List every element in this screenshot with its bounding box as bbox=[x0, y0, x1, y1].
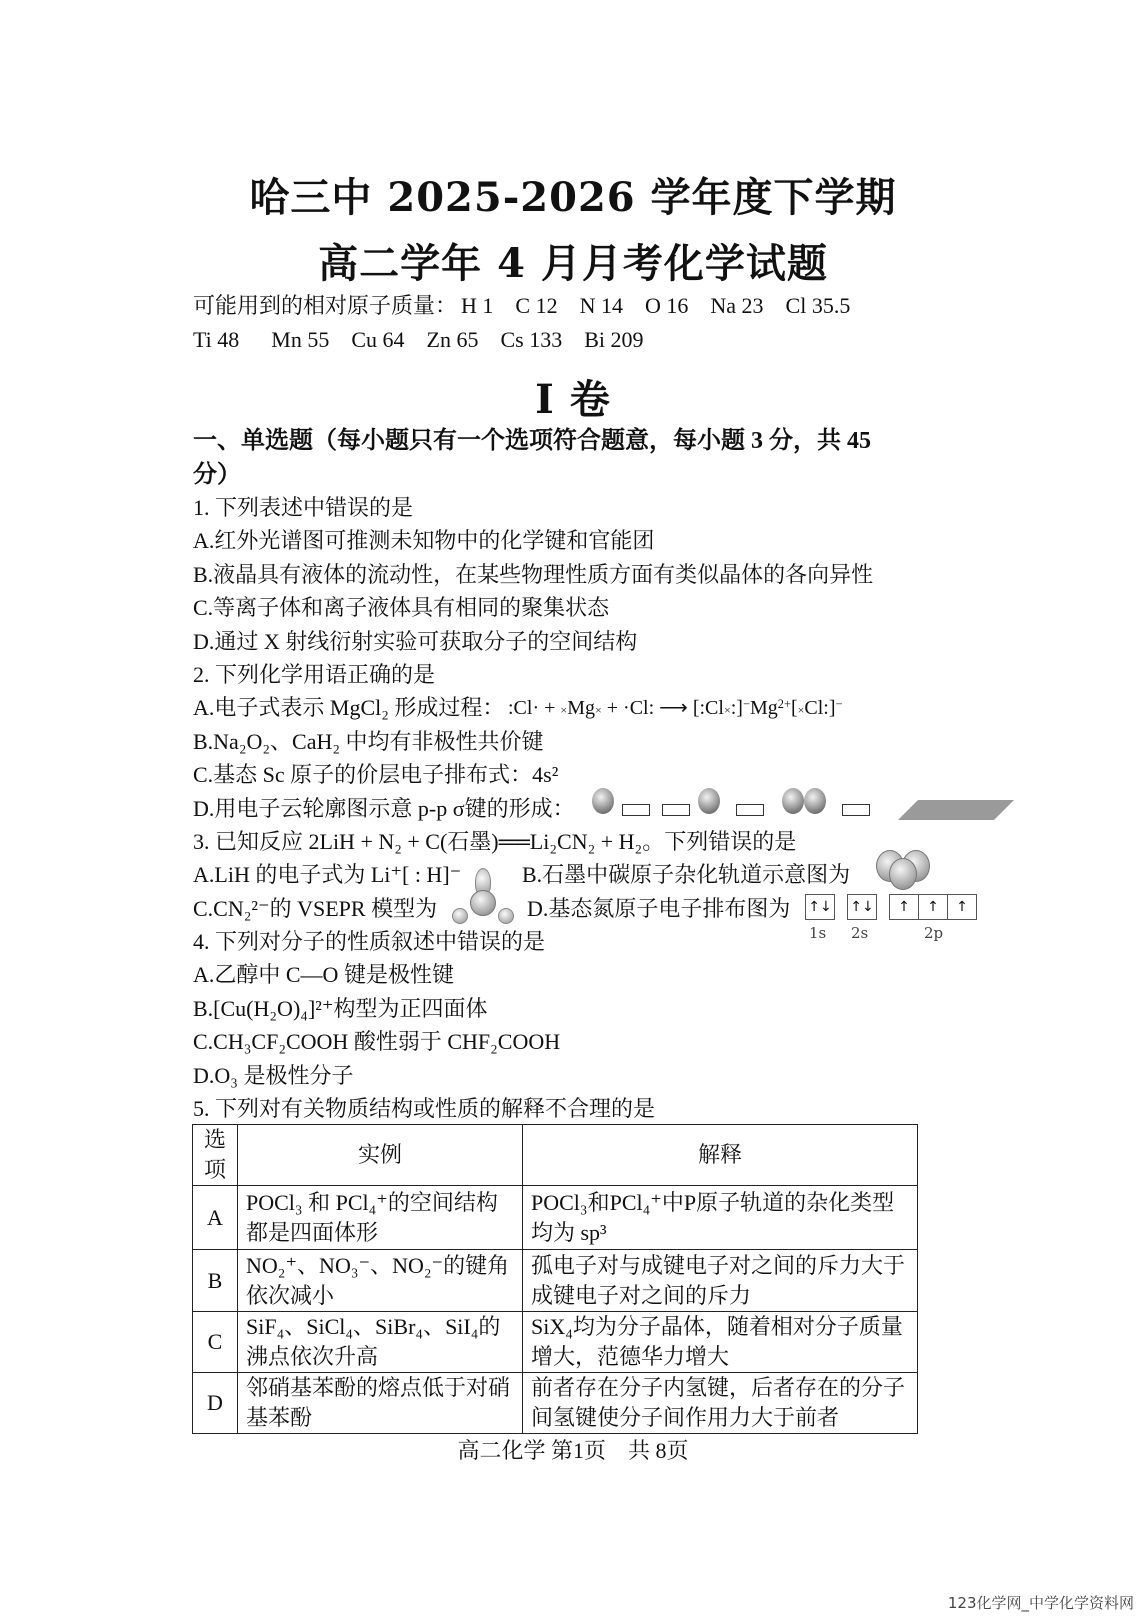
q1-option-b: B.液晶具有液体的流动性，在某些物理性质方面有类似晶体的各向异性 bbox=[193, 559, 873, 591]
q2-option-c: C.基态 Sc 原子的价层电子排布式：4s² bbox=[193, 759, 558, 791]
q1-stem: 1. 下列表述中错误的是 bbox=[193, 492, 413, 524]
atomic-masses-row1: 可能用到的相对原子质量：H 1C 12N 14O 16Na 23Cl 35.5 bbox=[193, 290, 872, 322]
q1-option-c: C.等离子体和离子液体具有相同的聚集状态 bbox=[193, 592, 609, 624]
orbital-box-2p: ↑ bbox=[948, 894, 977, 920]
q3-stem: 3. 已知反应 2LiH + N₂ + C(石墨)══Li₂CN₂ + H₂。下… bbox=[193, 826, 796, 858]
mass-item: N 14 bbox=[580, 290, 623, 322]
row-option: B bbox=[193, 1250, 238, 1312]
exam-title-line2: 高二学年 4 月月考化学试题 bbox=[0, 232, 1146, 289]
p-orbital-icon bbox=[592, 788, 614, 814]
overlap-orbital-icon bbox=[782, 788, 804, 814]
q4-option-c: C.CH₃CF₂COOH 酸性弱于 CHF₂COOH bbox=[193, 1026, 560, 1058]
section-heading-line1: 一、单选题（每小题只有一个选项符合题意，每小题 3 分，共 45 bbox=[193, 424, 871, 458]
row-example: POCl₃ 和 PCl₄⁺的空间结构都是四面体形 bbox=[238, 1186, 523, 1250]
mgcl2-electron-dot-diagram: :Cl· + ×Mg× + ·Cl: ⟶ [:Cl×:]−Mg2+[×Cl:]− bbox=[508, 692, 843, 726]
q1-option-a: A.红外光谱图可推测未知物中的化学键和官能团 bbox=[193, 525, 654, 557]
q2-option-a: A.电子式表示 MgCl₂ 形成过程： bbox=[193, 692, 504, 724]
mass-item: Mn 55 bbox=[271, 324, 329, 356]
row-example: NO₂⁺、NO₃⁻、NO₂⁻的键角依次减小 bbox=[238, 1250, 523, 1312]
atomic-masses-row2: Ti 48Mn 55Cu 64Zn 65Cs 133Bi 209 bbox=[193, 324, 666, 356]
arrow-right-icon bbox=[842, 804, 870, 816]
orbital-box-2p: ↑ bbox=[889, 894, 919, 920]
q4-option-b: B.[Cu(H₂O)₄]²⁺构型为正四面体 bbox=[193, 993, 487, 1025]
orbital-box-2p: ↑ bbox=[919, 894, 948, 920]
row-explanation: SiX₄均为分子晶体，随着相对分子质量增大，范德华力增大 bbox=[523, 1312, 918, 1373]
table-row: C SiF₄、SiCl₄、SiBr₄、SiI₄的沸点依次升高 SiX₄均为分子晶… bbox=[193, 1312, 918, 1373]
q4-stem: 4. 下列对分子的性质叙述中错误的是 bbox=[193, 926, 545, 958]
q1-option-d: D.通过 X 射线衍射实验可获取分子的空间结构 bbox=[193, 626, 637, 658]
table-row: D 邻硝基苯酚的熔点低于对硝基苯酚 前者存在分子内氢键，后者存在的分子间氢键使分… bbox=[193, 1373, 918, 1434]
mass-item: Zn 65 bbox=[427, 324, 479, 356]
bond-plane-icon bbox=[898, 800, 1014, 820]
q4-option-d: D.O₃ 是极性分子 bbox=[193, 1060, 353, 1092]
q3-option-a: A.LiH 的电子式为 Li⁺[ : H]⁻ bbox=[193, 859, 461, 891]
q3-option-d: D.基态氮原子电子排布图为 bbox=[527, 893, 790, 925]
mass-item: Ti 48 bbox=[193, 324, 239, 356]
nitrogen-orbital-diagram: ↑↓ ↑↓ ↑↑↑ bbox=[805, 894, 977, 920]
volume-title: I 卷 bbox=[0, 368, 1146, 425]
q2-stem: 2. 下列化学用语正确的是 bbox=[193, 659, 435, 691]
row-option: C bbox=[193, 1312, 238, 1373]
q2-option-a-label: A.电子式表示 MgCl₂ 形成过程： bbox=[193, 695, 504, 720]
mass-item: Cu 64 bbox=[351, 324, 404, 356]
mass-item: H 1 bbox=[461, 290, 493, 322]
table-row: A POCl₃ 和 PCl₄⁺的空间结构都是四面体形 POCl₃和PCl₄⁺中P… bbox=[193, 1186, 918, 1250]
table-header-row: 选项 实例 解释 bbox=[193, 1125, 918, 1186]
header-option: 选项 bbox=[193, 1125, 238, 1186]
arrow-right-icon bbox=[736, 804, 764, 816]
q2-option-b: B.Na₂O₂、CaH₂ 中均有非极性共价键 bbox=[193, 726, 544, 758]
row-explanation: POCl₃和PCl₄⁺中P原子轨道的杂化类型均为 sp³ bbox=[523, 1186, 918, 1250]
overlap-orbital-icon bbox=[804, 788, 826, 814]
orbital-label-2s: 2s bbox=[851, 924, 868, 942]
q3-option-c: C.CN₂²⁻的 VSEPR 模型为 bbox=[193, 893, 437, 925]
row-explanation: 孤电子对与成键电子对之间的斥力大于成键电子对之间的斥力 bbox=[523, 1250, 918, 1312]
mass-item: Cl 35.5 bbox=[786, 290, 851, 322]
header-example: 实例 bbox=[238, 1125, 523, 1186]
header-explanation: 解释 bbox=[523, 1125, 918, 1186]
vsepr-model-icon bbox=[448, 868, 518, 922]
orbital-label-2p: 2p bbox=[924, 924, 943, 942]
q2-option-d: D.用电子云轮廓图示意 p-p σ键的形成： bbox=[193, 793, 575, 825]
mass-item: C 12 bbox=[515, 290, 557, 322]
row-example: SiF₄、SiCl₄、SiBr₄、SiI₄的沸点依次升高 bbox=[238, 1312, 523, 1373]
orbital-label-1s: 1s bbox=[809, 924, 826, 942]
mass-item: Cs 133 bbox=[500, 324, 562, 356]
section-heading-line2: 分） bbox=[193, 458, 241, 492]
table-row: B NO₂⁺、NO₃⁻、NO₂⁻的键角依次减小 孤电子对与成键电子对之间的斥力大… bbox=[193, 1250, 918, 1312]
watermark: 123化学网_中学化学资料网 bbox=[948, 1592, 1134, 1613]
mass-item: O 16 bbox=[645, 290, 688, 322]
q5-table: 选项 实例 解释 A POCl₃ 和 PCl₄⁺的空间结构都是四面体形 POCl… bbox=[192, 1124, 918, 1434]
page-footer: 高二化学 第1页 共 8页 bbox=[0, 1434, 1146, 1465]
row-option: A bbox=[193, 1186, 238, 1250]
row-example: 邻硝基苯酚的熔点低于对硝基苯酚 bbox=[238, 1373, 523, 1434]
exam-title-line1: 哈三中 2025-2026 学年度下学期 bbox=[0, 166, 1146, 223]
mass-item: Na 23 bbox=[710, 290, 763, 322]
masses-label: 可能用到的相对原子质量： bbox=[193, 290, 457, 322]
orbital-box-1s: ↑↓ bbox=[805, 894, 835, 920]
q5-stem: 5. 下列对有关物质结构或性质的解释不合理的是 bbox=[193, 1093, 655, 1125]
sp2-hybrid-orbital-icon bbox=[874, 848, 934, 888]
p-orbital-icon bbox=[698, 788, 720, 814]
arrow-right-icon bbox=[622, 804, 650, 816]
p-p-sigma-bond-diagram bbox=[592, 788, 1004, 820]
mass-item: Bi 209 bbox=[584, 324, 643, 356]
arrow-left-icon bbox=[662, 804, 690, 816]
q3-option-b: B.石墨中碳原子杂化轨道示意图为 bbox=[522, 859, 850, 891]
orbital-box-2s: ↑↓ bbox=[847, 894, 877, 920]
q4-option-a: A.乙醇中 C—O 键是极性键 bbox=[193, 959, 454, 991]
row-option: D bbox=[193, 1373, 238, 1434]
row-explanation: 前者存在分子内氢键，后者存在的分子间氢键使分子间作用力大于前者 bbox=[523, 1373, 918, 1434]
